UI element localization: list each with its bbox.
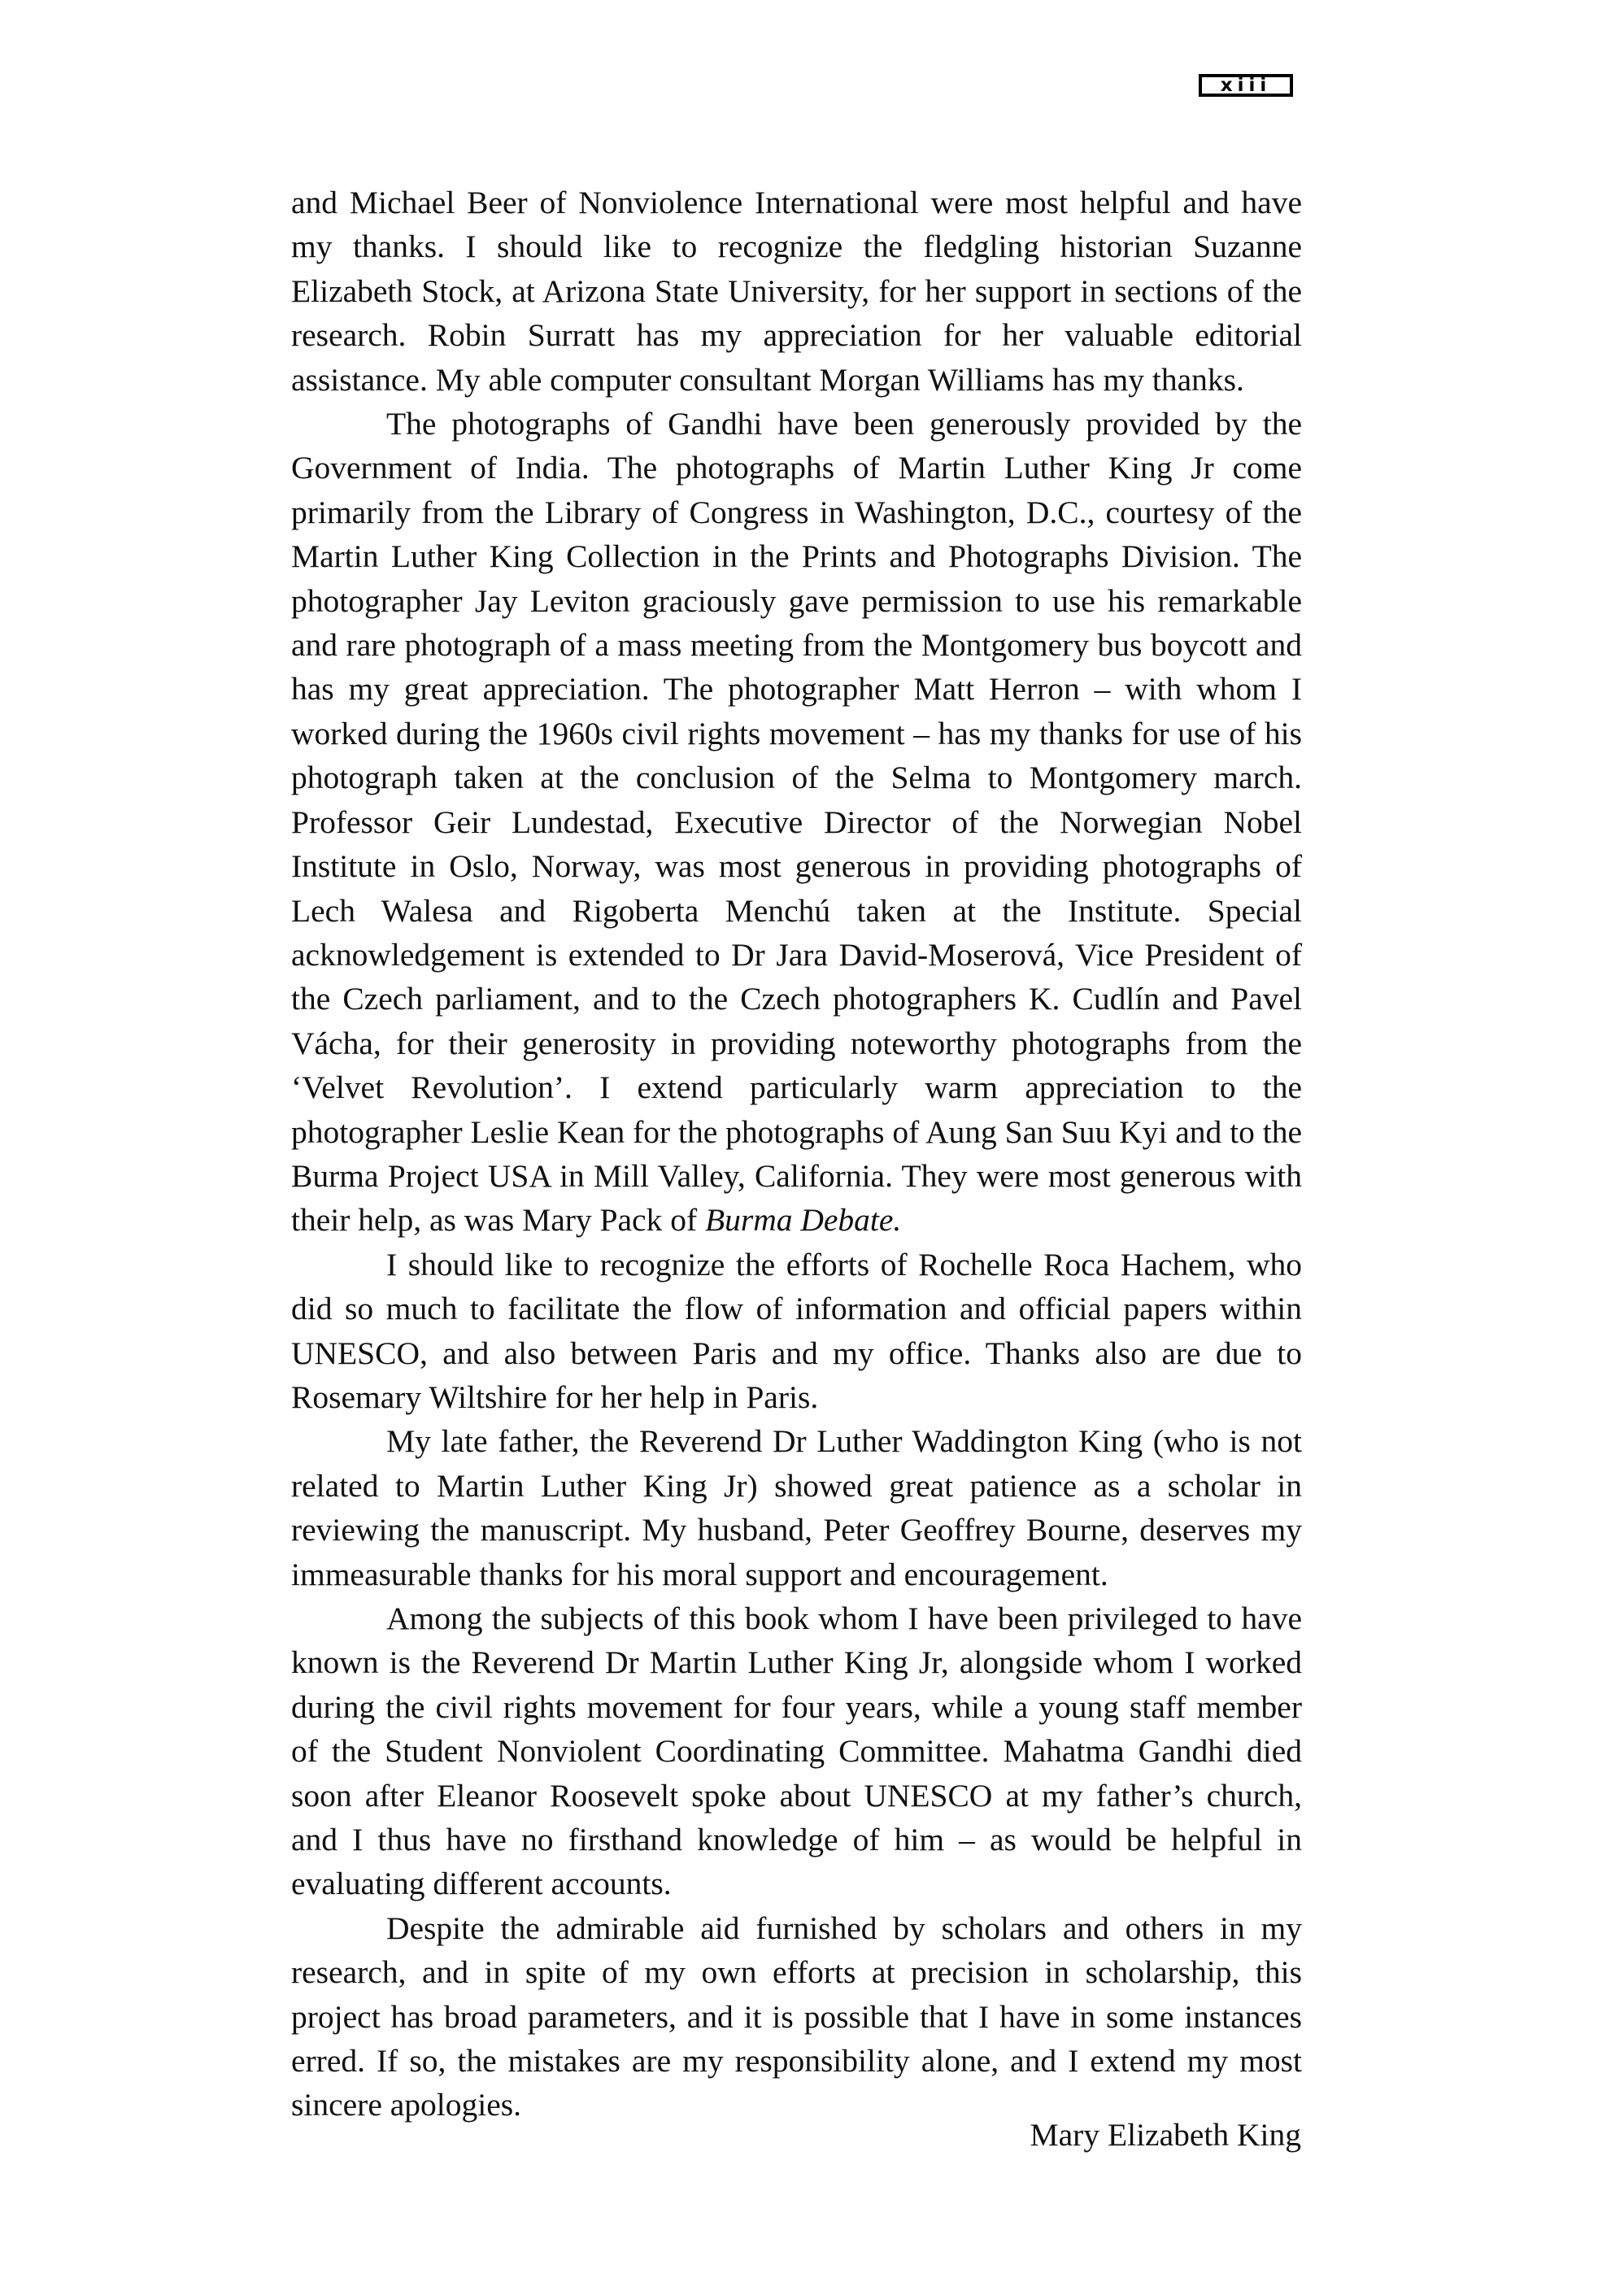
paragraph-text: Despite the admirable aid furnished by s… — [291, 1910, 1302, 2123]
paragraph-text: Among the subjects of this book whom I h… — [291, 1600, 1302, 1901]
publication-title: Burma Debate. — [705, 1202, 901, 1238]
paragraph-5: Among the subjects of this book whom I h… — [291, 1596, 1302, 1906]
page-number: xiii — [1199, 74, 1293, 97]
paragraph-3: I should like to recognize the efforts o… — [291, 1243, 1302, 1420]
paragraph-1: and Michael Beer of Nonviolence Internat… — [291, 181, 1302, 402]
paragraph-text: The photographs of Gandhi have been gene… — [291, 406, 1302, 1238]
paragraph-text: and Michael Beer of Nonviolence Internat… — [291, 185, 1302, 398]
paragraph-text: My late father, the Reverend Dr Luther W… — [291, 1423, 1302, 1592]
acknowledgements-body: and Michael Beer of Nonviolence Internat… — [291, 181, 1302, 2127]
author-signature: Mary Elizabeth King — [1030, 2113, 1301, 2157]
paragraph-6: Despite the admirable aid furnished by s… — [291, 1906, 1302, 2127]
paragraph-4: My late father, the Reverend Dr Luther W… — [291, 1419, 1302, 1596]
paragraph-2: The photographs of Gandhi have been gene… — [291, 402, 1302, 1243]
paragraph-text: I should like to recognize the efforts o… — [291, 1247, 1302, 1415]
